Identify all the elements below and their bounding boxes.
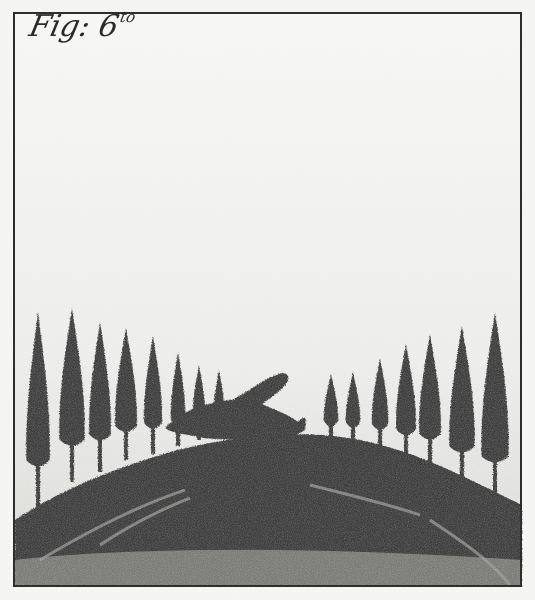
caption-main: Fig: 6	[26, 9, 122, 44]
illustration-plate	[0, 0, 535, 600]
figure-caption: Fig: 6to	[26, 8, 137, 44]
